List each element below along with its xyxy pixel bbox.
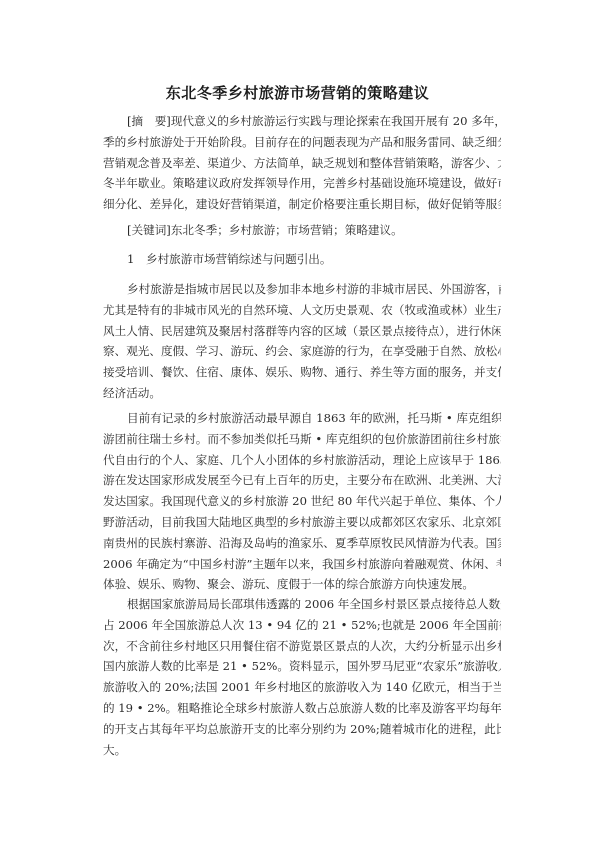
section-heading-text: 1 乡村旅游市场营销综述与问题引出。 — [103, 249, 501, 270]
paragraph-line: 代自由行的个人、家庭、几个人小团体的乡村旅游活动，理论上应该早于 1863 年。… — [103, 450, 501, 471]
paragraph-line: 体验、娱乐、购物、聚会、游玩、度假于一体的综合旅游方向快速发展。 — [103, 574, 501, 595]
abstract: [摘 要]现代意义的乡村旅游运行实践与理论探索在我国开展有 20 多年，东北地区… — [103, 111, 501, 215]
paragraph-line: 接受培训、餐饮、住宿、康体、娱乐、购物、通行、养生等方面的服务，并支付相关费用的 — [103, 362, 501, 383]
paragraph-line: 目前有记录的乡村旅游活动最早源自 1863 年的欧洲，托马斯 • 库克组织了一个… — [103, 408, 501, 429]
page-title: 东北冬季乡村旅游市场营销的策略建议 — [0, 82, 595, 103]
paragraph-3: 根据国家旅游局局长邵琪伟透露的 2006 年全国乡村景区景点接待总人数是 3 亿… — [103, 594, 501, 760]
document-page: 东北冬季乡村旅游市场营销的策略建议 [摘 要]现代意义的乡村旅游运行实践与理论探… — [0, 0, 595, 842]
paragraph-line: 经济活动。 — [103, 383, 501, 404]
paragraph-line: 发达国家。我国现代意义的乡村旅游 20 世纪 80 年代兴起于单位、集体、个人组… — [103, 491, 501, 512]
paragraph-line: 2006 年确定为“中国乡村游”主题年以来，我国乡村旅游向着融观赏、休闲、考察、… — [103, 554, 501, 575]
paragraph-line: 旅游收入的 20%;法国 2001 年乡村地区的旅游收入为 140 亿欧元，相当… — [103, 677, 501, 698]
paragraph-line: 乡村旅游是指城市居民以及参加非本地乡村游的非城市居民、外国游客，前往乡村地区 — [103, 279, 501, 300]
paragraph-line: 占 2006 年全国旅游总人次 13 • 94 亿的 21 • 52%;也就是 … — [103, 615, 501, 636]
abstract-line: [摘 要]现代意义的乡村旅游运行实践与理论探索在我国开展有 20 多年，东北地区… — [103, 111, 501, 132]
keywords: [关键词]东北冬季；乡村旅游；市场营销；策略建议。 — [103, 220, 501, 241]
paragraph-line: 的 19 • 2%。粗略推论全球乡村旅游人数占总旅游人数的比率及游客平均每年用于… — [103, 698, 501, 719]
paragraph-line: 次，不含前往乡村地区只用餐住宿不游览景区景点的人次，大约分析显示出乡村旅游人数占 — [103, 636, 501, 657]
paragraph-1: 乡村旅游是指城市居民以及参加非本地乡村游的非城市居民、外国游客，前往乡村地区 尤… — [103, 279, 501, 404]
abstract-line: 细分化、差异化，建设好营销渠道，制定价格要注重长期目标，做好促销等服务。 — [103, 194, 501, 215]
paragraph-line: 游在发达国家形成发展至今已有上百年的历史，主要分布在欧洲、北美洲、大洋洲、日本等 — [103, 470, 501, 491]
paragraph-line: 南贵州的民族村寨游、沿海及岛屿的渔家乐、夏季草原牧民风情游为代表。国家旅游局把 — [103, 533, 501, 554]
paragraph-line: 根据国家旅游局局长邵琪伟透露的 2006 年全国乡村景区景点接待总人数是 3 亿… — [103, 594, 501, 615]
paragraph-line: 的开支占其每年平均总旅游开支的比率分别约为 20%;随着城市化的进程，此比率将逐… — [103, 719, 501, 740]
abstract-line: 冬半年歇业。策略建议政府发挥领导作用，完善乡村基础设施环境建设，做好市场和产品的 — [103, 173, 501, 194]
paragraph-2: 目前有记录的乡村旅游活动最早源自 1863 年的欧洲，托马斯 • 库克组织了一个… — [103, 408, 501, 595]
paragraph-line: 野游活动，目前我国大陆地区典型的乡村旅游主要以成都郊区农家乐、北京郊区民俗村、云 — [103, 512, 501, 533]
paragraph-line: 尤其是特有的非城市风光的自然环境、人文历史景观、农（牧或渔或林）业生产活动、民俗 — [103, 300, 501, 321]
paragraph-line: 游团前往瑞士乡村。而不参加类似托马斯 • 库克组织的包价旅游团前往乡村旅游的，类… — [103, 429, 501, 450]
abstract-line: 营销观念普及率差、渠道少、方法简单，缺乏规划和整体营销策略，游客少、大多数经营者 — [103, 153, 501, 174]
paragraph-line: 风土人情、民居建筑及聚居村落群等内容的区域（景区景点接待点），进行休闲、体验、考 — [103, 321, 501, 342]
abstract-line: 季的乡村旅游处于开始阶段。目前存在的问题表现为产品和服务雷同、缺乏细分市场对策， — [103, 132, 501, 153]
paragraph-line: 国内旅游人数的比率是 21 • 52%。资料显示，国外罗马尼亚“农家乐”旅游收入… — [103, 656, 501, 677]
paragraph-line: 察、观光、度假、学习、游玩、约会、家庭游的行为，在享受融于自然、放松心情的同时， — [103, 341, 501, 362]
paragraph-line: 大。 — [103, 740, 501, 761]
keywords-line: [关键词]东北冬季；乡村旅游；市场营销；策略建议。 — [103, 220, 501, 241]
section-heading: 1 乡村旅游市场营销综述与问题引出。 — [103, 249, 501, 270]
